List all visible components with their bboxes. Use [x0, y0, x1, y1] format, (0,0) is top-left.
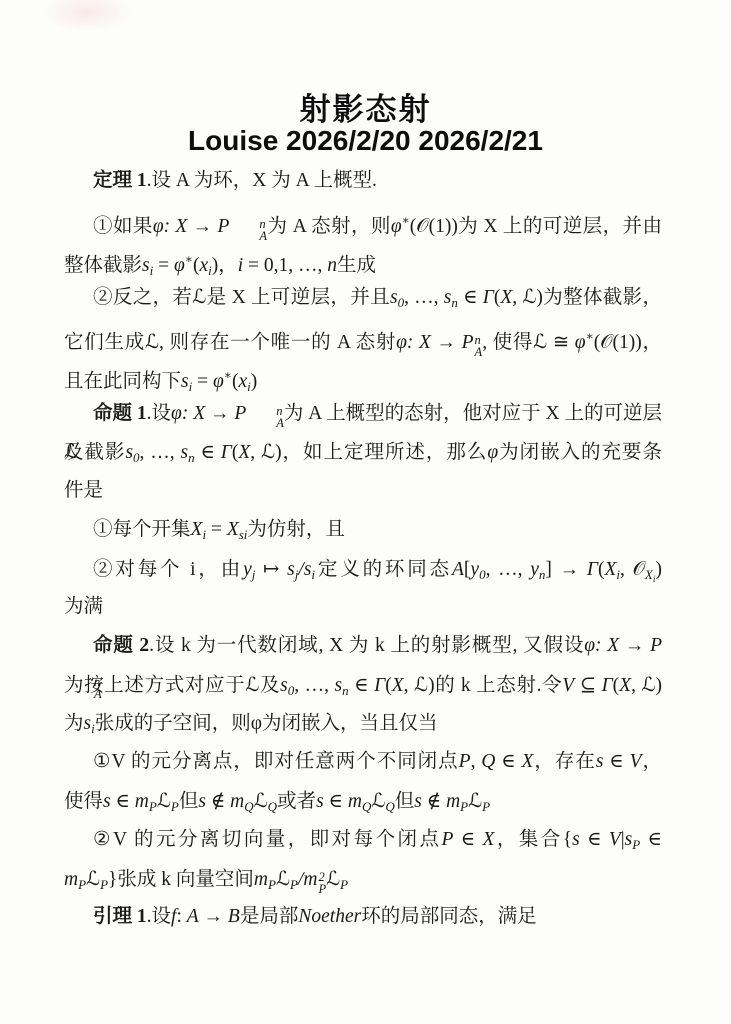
text-run: Γ [587, 559, 598, 580]
text-run: 是局部 [240, 906, 299, 927]
text-run: : [176, 906, 186, 927]
text-run: m [348, 791, 362, 812]
text-run: φ: X [396, 332, 431, 353]
text-run: 为 [64, 713, 84, 734]
text-run: ) [251, 371, 258, 392]
text-run: P [171, 799, 179, 814]
text-run: ∈ [111, 791, 135, 812]
text-run: ∉ [206, 791, 230, 812]
text-run: 环的局部同态，满足 [361, 906, 537, 927]
text-run: ℒ [326, 867, 340, 890]
text-run: P [217, 216, 229, 237]
text-line: 件是 [64, 472, 662, 511]
text-run: → [199, 906, 228, 927]
text-run: X [619, 675, 631, 696]
text-run: P [149, 799, 157, 814]
text-run: 命题 1 [93, 403, 147, 424]
text-run: .设 A 为环，X 为 A 上概型. [147, 170, 377, 191]
text-run: , [250, 442, 261, 463]
text-run: s [198, 791, 206, 812]
text-run: 为满 [64, 596, 103, 617]
text-run: )为整体截影， [536, 287, 662, 308]
text-run: )， [212, 255, 238, 276]
text-run: 命题 2 [93, 635, 149, 656]
text-run: X [227, 519, 239, 540]
text-run: P [459, 751, 471, 772]
text-run: )的 k 上态射.令 [428, 675, 562, 696]
text-run: ，集合{ [494, 829, 572, 850]
text-run: Γ [483, 287, 494, 308]
text-run: P [650, 635, 662, 656]
text-run: 𝒪 [633, 557, 645, 580]
text-run: Q [385, 799, 394, 814]
text-run: → [205, 403, 234, 424]
text-run: 及 [259, 675, 280, 696]
text-run: A [187, 906, 199, 927]
text-run: → [187, 216, 217, 237]
text-line: ②对每个 i，由yj ↦ sj/si定义的环同态A[y0, …, yn] → Γ… [64, 550, 662, 589]
text-run: 它们生成 [64, 332, 145, 353]
text-run: 为闭嵌入的充要条 [498, 442, 662, 463]
text-run: y [243, 559, 252, 580]
text-run: )，如上定理所述，那么 [275, 442, 487, 463]
text-run: 生成 [337, 255, 376, 276]
text-line: 命题 2.设 k 为一代数闭域, X 为 k 上的射影概型, 又假设φ: X →… [64, 627, 662, 666]
text-run: V [562, 675, 574, 696]
document-title: 射影态射 [0, 84, 731, 129]
text-run: 件是 [64, 480, 103, 501]
text-run: ∈ [580, 829, 609, 850]
text-run: s [181, 442, 189, 463]
text-run: Noether [298, 906, 361, 927]
text-run: Γ [221, 442, 232, 463]
text-run: , [631, 675, 641, 696]
text-run: y [470, 559, 479, 580]
text-line: ①每个开集Xi = Xsi为仿射，且 [64, 511, 662, 550]
text-line: 及截影s0, …, sn ∈ Γ(X, ℒ)，如上定理所述，那么φ为闭嵌入的充要… [64, 433, 662, 472]
text-run: .设 [147, 906, 171, 927]
text-run: P [460, 799, 468, 814]
text-run: , …, [294, 675, 334, 696]
text-run: 张成的子空间，则φ为闭嵌入，当且仅当 [95, 713, 438, 734]
text-run: Q [244, 799, 253, 814]
text-run: m [135, 791, 149, 812]
text-run: 𝒪 [600, 330, 612, 353]
text-run: y [530, 559, 539, 580]
text-run: X [500, 287, 512, 308]
text-run: , [404, 675, 414, 696]
text-run: m [446, 791, 460, 812]
text-run: Γ [374, 675, 385, 696]
text-run: → [619, 635, 650, 656]
text-run: P [290, 877, 298, 892]
text-run: ， [642, 751, 662, 772]
text-run: ℒ [522, 285, 536, 308]
text-run: ) [656, 559, 663, 580]
text-run: ∈ [495, 751, 521, 772]
text-run: ∈ [324, 791, 348, 812]
text-run: 为仿射，且 [247, 519, 345, 540]
text-run: X [392, 675, 404, 696]
text-line: 使得s ∈ mPℒP但s ∉ mQℒQ或者s ∈ mQℒQ但s ∉ mPℒP [64, 782, 662, 821]
text-line: 定理 1.设 A 为环，X 为 A 上概型. [64, 162, 662, 201]
text-run: ∗ [402, 213, 410, 227]
document-body: 定理 1.设 A 为环，X 为 A 上概型.①如果φ: X → PnA为 A 态… [64, 162, 662, 937]
text-run: P [100, 877, 108, 892]
text-line: 为满 [64, 588, 662, 627]
text-line: 整体截影si = φ∗(xi)，i = 0,1, …, n生成 [64, 240, 662, 279]
text-run: s [280, 675, 288, 696]
text-run: φ [487, 442, 498, 463]
text-run: ℒ [641, 673, 655, 696]
text-run: Q [362, 799, 371, 814]
math-supsub: nA [230, 218, 267, 242]
text-run: ℒ [86, 867, 100, 890]
text-run: m [303, 869, 317, 890]
text-run: , [471, 751, 482, 772]
text-run: φ [213, 371, 224, 392]
text-run: m [254, 869, 268, 890]
text-run: , [512, 287, 522, 308]
text-run: φ: X [584, 635, 619, 656]
text-run: ↦ [255, 559, 287, 580]
text-run: 为 A 上概型的态射，他对应于 X 上的可逆层 [284, 403, 662, 424]
text-run: 及截影 [64, 442, 125, 463]
text-run: s [84, 713, 92, 734]
text-run: ⊆ [574, 675, 601, 696]
text-run: , [620, 559, 633, 580]
math-supsub: nA [247, 405, 284, 429]
text-line: 它们生成ℒ, 则存在一个唯一的 A 态射φ: X → PnA, 使得ℒ ≅ φ∗… [64, 317, 662, 356]
page: 射影态射 Louise 2026/2/20 2026/2/21 定理 1.设 A… [0, 0, 731, 1024]
text-run: X [604, 559, 616, 580]
text-run: = [206, 519, 227, 540]
text-run: ∈ [453, 829, 482, 850]
text-run: P [340, 877, 348, 892]
text-run: ∈ [349, 675, 374, 696]
text-line: ②反之，若ℒ是 X 上可逆层，并且s0, …, sn ∈ Γ(X, ℒ)为整体截… [64, 278, 662, 317]
text-run: ℒ [157, 789, 171, 812]
text-run: P [482, 799, 490, 814]
text-run: s [335, 675, 343, 696]
text-run: 定理 1 [93, 170, 147, 191]
text-run: 整体截影 [64, 255, 142, 276]
text-run: Γ [602, 675, 613, 696]
text-run: , …, [140, 442, 181, 463]
text-run: s [287, 559, 295, 580]
text-run: P [462, 332, 474, 353]
math-nested-subscript: Xi [645, 567, 656, 582]
text-run: x [199, 255, 208, 276]
text-run: P [78, 877, 86, 892]
text-run: s [125, 442, 133, 463]
text-run: φ: X [171, 403, 205, 424]
text-run: ℒ [245, 673, 259, 696]
text-run: X [191, 519, 203, 540]
text-run: P [234, 403, 246, 424]
text-run: 引理 1 [93, 906, 147, 927]
text-run: ℒ [414, 673, 428, 696]
text-run: P [441, 829, 453, 850]
text-run: ①V 的元分离点，即对任意两个不同闭点 [93, 751, 459, 772]
text-run: V [630, 751, 642, 772]
text-run: }张成 k 向量空间 [108, 869, 254, 890]
text-run: φ [575, 332, 586, 353]
text-run: 为 A 态射，则 [267, 216, 391, 237]
text-run: = [192, 371, 213, 392]
text-run: x [238, 371, 247, 392]
text-line: 为按上述方式对应于ℒ及s0, …, sn ∈ Γ(X, ℒ)的 k 上态射.令V… [64, 666, 662, 705]
text-run: s [103, 791, 111, 812]
text-run: A [452, 559, 464, 580]
text-run: ℒ [371, 789, 385, 812]
text-run: , …, [404, 287, 444, 308]
text-run: .设 [147, 403, 171, 424]
text-run: (1))为 X 上的可逆层，并由 [429, 216, 662, 237]
text-line: 且在此同构下si = φ∗(xi) [64, 356, 662, 395]
text-run: Q [481, 751, 495, 772]
text-run: ∈ [458, 287, 483, 308]
text-run: s [316, 791, 324, 812]
text-run: B [228, 906, 240, 927]
text-run: 或者 [277, 791, 316, 812]
text-run: ] → [545, 559, 586, 580]
text-run: → [431, 332, 462, 353]
text-run: s [390, 287, 398, 308]
text-run: ∈ [603, 751, 629, 772]
math-supsub: 2P [318, 871, 326, 895]
text-line: ①V 的元分离点，即对任意两个不同闭点P, Q ∈ X，存在s ∈ V， [64, 743, 662, 782]
text-run: 定义的环同态 [315, 559, 452, 580]
text-run: ∉ [422, 791, 446, 812]
text-run: 但 [179, 791, 199, 812]
text-run: 𝒪 [416, 214, 428, 237]
text-run: s [181, 371, 189, 392]
text-run: m [64, 869, 78, 890]
text-run: ∈ [195, 442, 221, 463]
text-run: ②V 的元分离切向量，即对每个闭点 [93, 829, 441, 850]
text-run: 但 [395, 791, 415, 812]
text-run: ∈ [640, 829, 662, 850]
text-run: φ [391, 216, 402, 237]
text-run: ∗ [224, 368, 232, 382]
text-run: s [142, 255, 150, 276]
text-run: .设 k 为一代数闭域, X 为 k 上的射影概型, 又假设 [149, 635, 584, 656]
text-run: ℒ [468, 789, 482, 812]
text-run: V [609, 829, 621, 850]
text-run: ②反之，若 [93, 287, 192, 308]
text-run: X [522, 751, 534, 772]
text-run: = 0,1, …, [243, 255, 327, 276]
document-subtitle: Louise 2026/2/20 2026/2/21 [0, 125, 731, 157]
text-run: P [268, 877, 276, 892]
text-run: ①每个开集 [93, 519, 191, 540]
text-run: ℒ [261, 440, 275, 463]
text-run: ∗ [586, 329, 594, 343]
text-run: φ: X [153, 216, 188, 237]
text-run: ℒ [276, 867, 290, 890]
scan-smudge [42, 0, 132, 32]
text-run: 且在此同构下 [64, 371, 181, 392]
text-run: (1))， [613, 332, 662, 353]
text-run: φ [174, 255, 185, 276]
text-line: ①如果φ: X → PnA为 A 态射，则φ∗(𝒪(1))为 X 上的可逆层，并… [64, 201, 662, 240]
text-run: ℒ [192, 285, 206, 308]
text-run: ，存在 [533, 751, 595, 772]
text-run: X [483, 829, 495, 850]
text-run: ②对每个 i，由 [93, 559, 243, 580]
text-line: mPℒP}张成 k 向量空间mPℒP/m2PℒP [64, 860, 662, 899]
text-run: ℒ [533, 330, 547, 353]
text-run: 是 X 上可逆层，并且 [206, 287, 390, 308]
text-run: s [572, 829, 580, 850]
text-run: = [153, 255, 174, 276]
text-run: ℒ [145, 330, 159, 353]
text-run: 为按上述方式对应于 [64, 675, 245, 696]
text-run: m [230, 791, 244, 812]
text-run: ∗ [185, 252, 193, 266]
text-run: ) [656, 675, 663, 696]
text-run: , 则存在一个唯一的 A 态射 [159, 332, 396, 353]
text-line: 引理 1.设f: A → B是局部Noether环的局部同态，满足 [64, 898, 662, 937]
text-line: 命题 1.设φ: X → PnA为 A 上概型的态射，他对应于 X 上的可逆层ℒ [64, 395, 662, 434]
text-run: ①如果 [93, 216, 153, 237]
text-run: ℒ [254, 789, 268, 812]
text-run: , 使得 [482, 332, 533, 353]
text-run: 使得 [64, 791, 103, 812]
text-run: s [414, 791, 422, 812]
text-line: ②V 的元分离切向量，即对每个闭点P ∈ X，集合{s ∈ V|sP ∈ [64, 821, 662, 860]
text-run: , …, [486, 559, 531, 580]
text-run: Q [268, 799, 277, 814]
text-run: n [327, 255, 337, 276]
text-run: X [238, 442, 250, 463]
text-line: 为si张成的子空间，则φ为闭嵌入，当且仅当 [64, 705, 662, 744]
text-run: ≅ [547, 332, 575, 353]
